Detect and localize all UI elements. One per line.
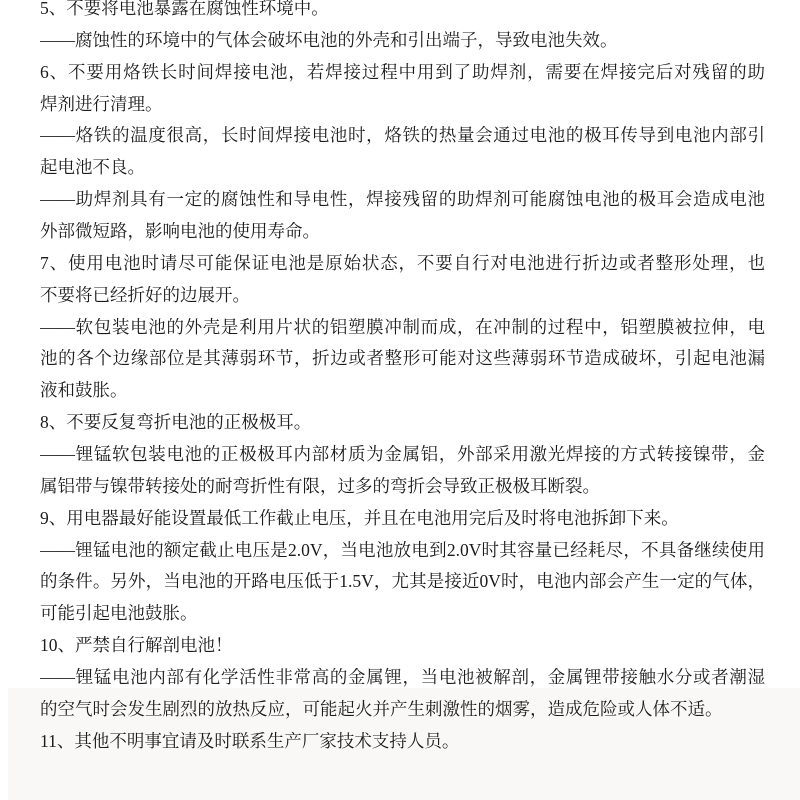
document-page: 5、不要将电池暴露在腐蚀性环境中。 ——腐蚀性的环境中的气体会破坏电池的外壳和引… xyxy=(0,0,800,800)
text-line: 的空气时会发生剧烈的放热反应，可能起火并产生刺激性的烟雾，造成危险或人体不适。 xyxy=(40,694,765,726)
text-line: 6、不要用烙铁长时间焊接电池，若焊接过程中用到了助焊剂，需要在焊接完后对残留的助 xyxy=(40,57,765,89)
text-line: 7、使用电池时请尽可能保证电池是原始状态，不要自行对电池进行折边或者整形处理，也 xyxy=(40,248,765,280)
text-line: 外部微短路，影响电池的使用寿命。 xyxy=(40,216,765,248)
text-line: 液和鼓胀。 xyxy=(40,375,765,407)
text-line: ——腐蚀性的环境中的气体会破坏电池的外壳和引出端子，导致电池失效。 xyxy=(40,25,765,57)
text-line: 11、其他不明事宜请及时联系生产厂家技术支持人员。 xyxy=(40,726,765,758)
text-line: 10、严禁自行解剖电池！ xyxy=(40,630,765,662)
text-line: 不要将已经折好的边展开。 xyxy=(40,280,765,312)
text-line: ——软包装电池的外壳是利用片状的铝塑膜冲制而成，在冲制的过程中，铝塑膜被拉伸，电 xyxy=(40,312,765,344)
text-line: 8、不要反复弯折电池的正极极耳。 xyxy=(40,407,765,439)
text-line: ——烙铁的温度很高，长时间焊接电池时，烙铁的热量会通过电池的极耳传导到电池内部引 xyxy=(40,120,765,152)
text-line: ——锂锰电池的额定截止电压是2.0V，当电池放电到2.0V时其容量已经耗尽，不具… xyxy=(40,535,765,567)
text-line: 起电池不良。 xyxy=(40,152,765,184)
text-line: 9、用电器最好能设置最低工作截止电压，并且在电池用完后及时将电池拆卸下来。 xyxy=(40,503,765,535)
text-line: ——助焊剂具有一定的腐蚀性和导电性，焊接残留的助焊剂可能腐蚀电池的极耳会造成电池 xyxy=(40,184,765,216)
text-line: ——锂锰软包装电池的正极极耳内部材质为金属铝，外部采用激光焊接的方式转接镍带，金 xyxy=(40,439,765,471)
document-text: 5、不要将电池暴露在腐蚀性环境中。 ——腐蚀性的环境中的气体会破坏电池的外壳和引… xyxy=(40,0,765,758)
text-line: 可能引起电池鼓胀。 xyxy=(40,598,765,630)
text-line: 5、不要将电池暴露在腐蚀性环境中。 xyxy=(40,0,765,25)
text-line: 的条件。另外，当电池的开路电压低于1.5V，尤其是接近0V时，电池内部会产生一定… xyxy=(40,566,765,598)
text-line: 池的各个边缘部位是其薄弱环节，折边或者整形可能对这些薄弱环节造成破坏，引起电池漏 xyxy=(40,343,765,375)
text-line: 属铝带与镍带转接处的耐弯折性有限，过多的弯折会导致正极极耳断裂。 xyxy=(40,471,765,503)
text-line: ——锂锰电池内部有化学活性非常高的金属锂，当电池被解剖，金属锂带接触水分或者潮湿 xyxy=(40,662,765,694)
text-line: 焊剂进行清理。 xyxy=(40,89,765,121)
